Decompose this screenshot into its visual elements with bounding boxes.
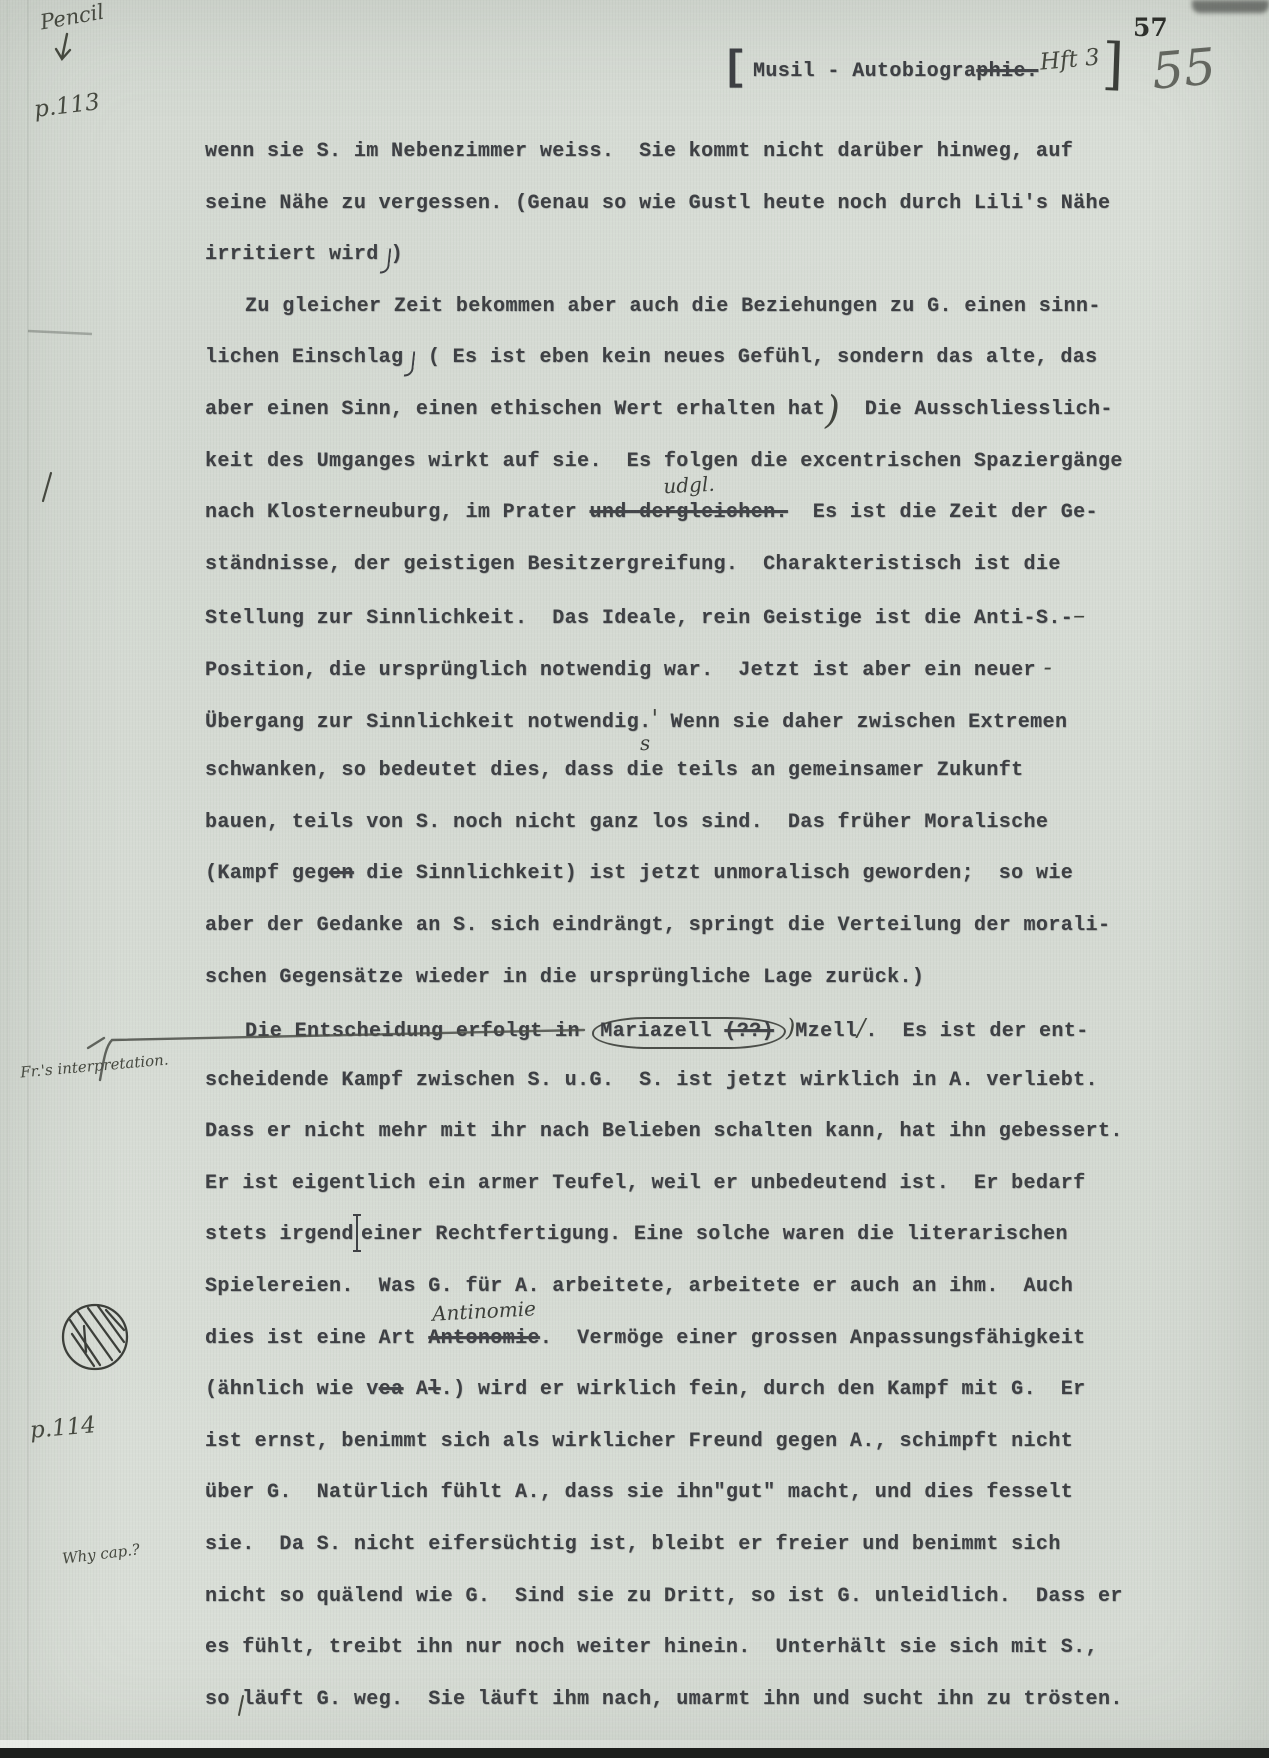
typescript-line: ist ernst, benimmt sich als wirklicher F… <box>205 1416 1123 1468</box>
typescript-line: sie. Da S. nicht eifersüchtig ist, bleib… <box>205 1519 1123 1571</box>
typed-text: Dass er nicht mehr mit ihr nach Belieben… <box>205 1120 1123 1143</box>
typescript-line: Die Entscheidung erfolgt in Mariazell (?… <box>205 1003 1123 1055</box>
typed-text: Er ist eigentlich ein armer Teufel, weil… <box>205 1172 1086 1195</box>
page-number-small: 57 <box>1133 14 1168 42</box>
title-main: Musil - Autobiogra <box>753 60 976 83</box>
struck-text: AntonomieAntinomie <box>428 1327 540 1350</box>
typed-text: Zu gleicher Zeit bekommen aber auch die … <box>245 295 1101 318</box>
typescript-line: lichen Einschlag ( Es ist eben kein neue… <box>205 332 1123 384</box>
margin-note-interpretation: Fr.'s interpretation. <box>20 1052 170 1081</box>
typescript-line: Stellung zur Sinnlichkeit. Das Ideale, r… <box>205 590 1123 642</box>
typed-text: dies ist eine Art <box>205 1327 428 1350</box>
typed-text: ( Es ist eben kein neues Gefühl, sondern… <box>415 346 1097 369</box>
scan-smudge <box>1192 0 1269 13</box>
page-number-large: 55 <box>1150 39 1218 99</box>
paper-fold-line <box>27 0 29 1758</box>
handwritten-mark: – <box>1073 601 1085 629</box>
typed-text: so läuft G. weg. Sie läuft ihm nach, uma… <box>205 1688 1123 1711</box>
typed-text: lichen Einschlag <box>205 346 403 369</box>
struck-text: (??) <box>724 1020 774 1043</box>
typescript-line: nach Klosterneuburg, im Prater und dergl… <box>205 487 1123 539</box>
handwritten-correction: s <box>640 733 651 754</box>
typed-opening-bracket: [ <box>722 44 748 92</box>
page-title: Musil - Autobiographie. <box>753 60 1038 83</box>
handwritten-heft-note: Hft 3 <box>1039 45 1101 75</box>
margin-dash-mark <box>28 331 92 334</box>
typescript-body: wenn sie S. im Nebenzimmer weiss. Sie ko… <box>205 126 1123 1725</box>
typed-text: Es ist die Zeit der Ge- <box>788 501 1098 524</box>
typed-text: bauen, teils von S. noch nicht ganz los … <box>205 811 1048 834</box>
typescript-line: über G. Natürlich fühlt A., dass sie ihn… <box>205 1467 1123 1519</box>
typescript-line: irritiert wird) <box>205 229 1123 281</box>
typescript-line: Spielereien. Was G. für A. arbeitete, ar… <box>205 1261 1123 1313</box>
scan-bottom-edge-dark <box>0 1748 1269 1758</box>
typed-text: keit des Umganges wirkt auf sie. Es folg… <box>205 450 1123 473</box>
typed-text: . Vermöge einer grossen Anpassungsfähigk… <box>540 1327 1086 1350</box>
typescript-line: dies ist eine Art AntonomieAntinomie. Ve… <box>205 1313 1123 1365</box>
typed-text: sie. Da S. nicht eifersüchtig ist, bleib… <box>205 1533 1061 1556</box>
typed-text: über G. Natürlich fühlt A., dass sie ihn… <box>205 1481 1073 1504</box>
typed-text: scheidende Kampf zwischen S. u.G. S. ist… <box>205 1069 1098 1092</box>
typed-text: aber einen Sinn, einen ethischen Wert er… <box>205 398 825 421</box>
handwritten-mark: - <box>1036 653 1052 681</box>
typescript-line: so läuft G. weg. Sie läuft ihm nach, uma… <box>205 1674 1123 1726</box>
struck-text: en <box>329 862 354 885</box>
margin-note-pencil: Pencil <box>38 1 105 35</box>
typescript-line: ständnisse, der geistigen Besitzergreifu… <box>205 539 1123 591</box>
margin-page-ref-113: p.113 <box>33 90 102 123</box>
typescript-line: stets irgendeiner Rechtfertigung. Eine s… <box>205 1209 1123 1261</box>
typed-text: es fühlt, treibt ihn nur noch weiter hin… <box>205 1636 1098 1659</box>
typescript-line: nicht so quälend wie G. Sind sie zu Drit… <box>205 1571 1123 1623</box>
typescript-line: (ähnlich wie vea Al.) wird er wirklich f… <box>205 1364 1123 1416</box>
typescript-line: schwanken, so bedeutet dies, dass dies t… <box>205 745 1123 797</box>
typed-text: schwanken, so bedeutet dies, dass <box>205 759 627 782</box>
typed-text: einer Rechtfertigung. Eine solche waren … <box>361 1223 1068 1246</box>
typed-text: teils an gemeinsamer Zukunft <box>664 759 1024 782</box>
pencil-circled-text: Mariazell (??) <box>592 1017 786 1049</box>
typed-text: Mzell <box>795 1020 857 1043</box>
typed-text: schen Gegensätze wieder in die ursprüngl… <box>205 966 924 989</box>
insertion-mark-icon <box>379 248 391 275</box>
typescript-line: Zu gleicher Zeit bekommen aber auch die … <box>205 281 1123 333</box>
typescript-line: Position, die ursprünglich notwendig war… <box>205 642 1123 694</box>
typed-text: Wenn sie daher zwischen Extremen <box>658 711 1067 734</box>
typescript-line: es fühlt, treibt ihn nur noch weiter hin… <box>205 1622 1123 1674</box>
typed-text: ) <box>391 243 403 266</box>
handwritten-closing-bracket: ] <box>1101 34 1125 96</box>
typescript-line: schen Gegensätze wieder in die ursprüngl… <box>205 952 1123 1004</box>
typescript-line: scheidende Kampf zwischen S. u.G. S. ist… <box>205 1055 1123 1107</box>
down-arrow-icon <box>56 34 70 59</box>
margin-tick-mark <box>43 473 51 501</box>
typed-text: Übergang zur Sinnlichkeit notwendig. <box>205 711 651 734</box>
typed-text: ständnisse, der geistigen Besitzergreifu… <box>205 553 1061 576</box>
title-struck-part: phie. <box>976 60 1038 83</box>
handwritten-correction: Antinomie <box>432 1298 537 1323</box>
typescript-line: Dass er nicht mehr mit ihr nach Belieben… <box>205 1106 1123 1158</box>
typed-text: irritiert wird <box>205 243 379 266</box>
typed-text: A <box>403 1378 428 1401</box>
typescript-line: Übergang zur Sinnlichkeit notwendig.' We… <box>205 694 1123 746</box>
paper-fold-line-2 <box>7 0 8 1758</box>
document-page: [ Musil - Autobiographie. Hft 3 ] 57 55 … <box>0 0 1269 1758</box>
typescript-line: Er ist eigentlich ein armer Teufel, weil… <box>205 1158 1123 1210</box>
typescript-line: aber der Gedanke an S. sich eindrängt, s… <box>205 900 1123 952</box>
typed-text: Stellung zur Sinnlichkeit. Das Ideale, r… <box>205 607 1073 630</box>
typed-text: Die Entscheidung erfolgt in <box>245 1020 592 1043</box>
typed-text: . Es ist der ent- <box>865 1020 1088 1043</box>
typed-text: stets irgend <box>205 1223 354 1246</box>
typed-text: aber der Gedanke an S. sich eindrängt, s… <box>205 914 1110 937</box>
struck-text: l <box>428 1378 440 1401</box>
typescript-line: aber einen Sinn, einen ethischen Wert er… <box>205 384 1123 436</box>
typescript-line: seine Nähe zu vergessen. (Genau so wie G… <box>205 178 1123 230</box>
hatched-circle-doodle <box>63 1305 127 1369</box>
handwritten-mark: ) <box>786 1014 795 1042</box>
typed-text: (Kampf geg <box>205 862 329 885</box>
typescript-line: (Kampf gegen die Sinnlichkeit) ist jetzt… <box>205 848 1123 900</box>
typed-text: seine Nähe zu vergessen. (Genau so wie G… <box>205 192 1110 215</box>
typed-text: die Sinnlichkeit) ist jetzt unmoralisch … <box>354 862 1073 885</box>
margin-note-question: Why cap.? <box>61 1541 141 1567</box>
typed-text: dies <box>627 759 664 782</box>
typed-text: Position, die ursprünglich notwendig war… <box>205 659 1036 682</box>
margin-page-ref-114: p.114 <box>29 1413 97 1444</box>
typed-text: nach Klosterneuburg, im Prater <box>205 501 589 524</box>
handwritten-correction: udgl. <box>663 474 715 497</box>
struck-text: ea <box>379 1378 404 1401</box>
typed-text: .) wird er wirklich fein, durch den Kamp… <box>441 1378 1086 1401</box>
typed-text: Mariazell <box>600 1020 724 1043</box>
typescript-line: wenn sie S. im Nebenzimmer weiss. Sie ko… <box>205 126 1123 178</box>
typed-text: nicht so quälend wie G. Sind sie zu Drit… <box>205 1585 1123 1608</box>
typed-text: wenn sie S. im Nebenzimmer weiss. Sie ko… <box>205 140 1073 163</box>
typed-text: ist ernst, benimmt sich als wirklicher F… <box>205 1430 1073 1453</box>
insertion-bar-icon <box>356 1215 358 1251</box>
struck-text: und dergleichen.udgl. <box>589 501 787 524</box>
typescript-line: bauen, teils von S. noch nicht ganz los … <box>205 797 1123 849</box>
typed-text: (ähnlich wie v <box>205 1378 379 1401</box>
handwritten-mark: ) <box>825 388 840 432</box>
typed-text: Spielereien. Was G. für A. arbeitete, ar… <box>205 1275 1073 1298</box>
typed-text: Die Ausschliesslich- <box>840 398 1113 421</box>
